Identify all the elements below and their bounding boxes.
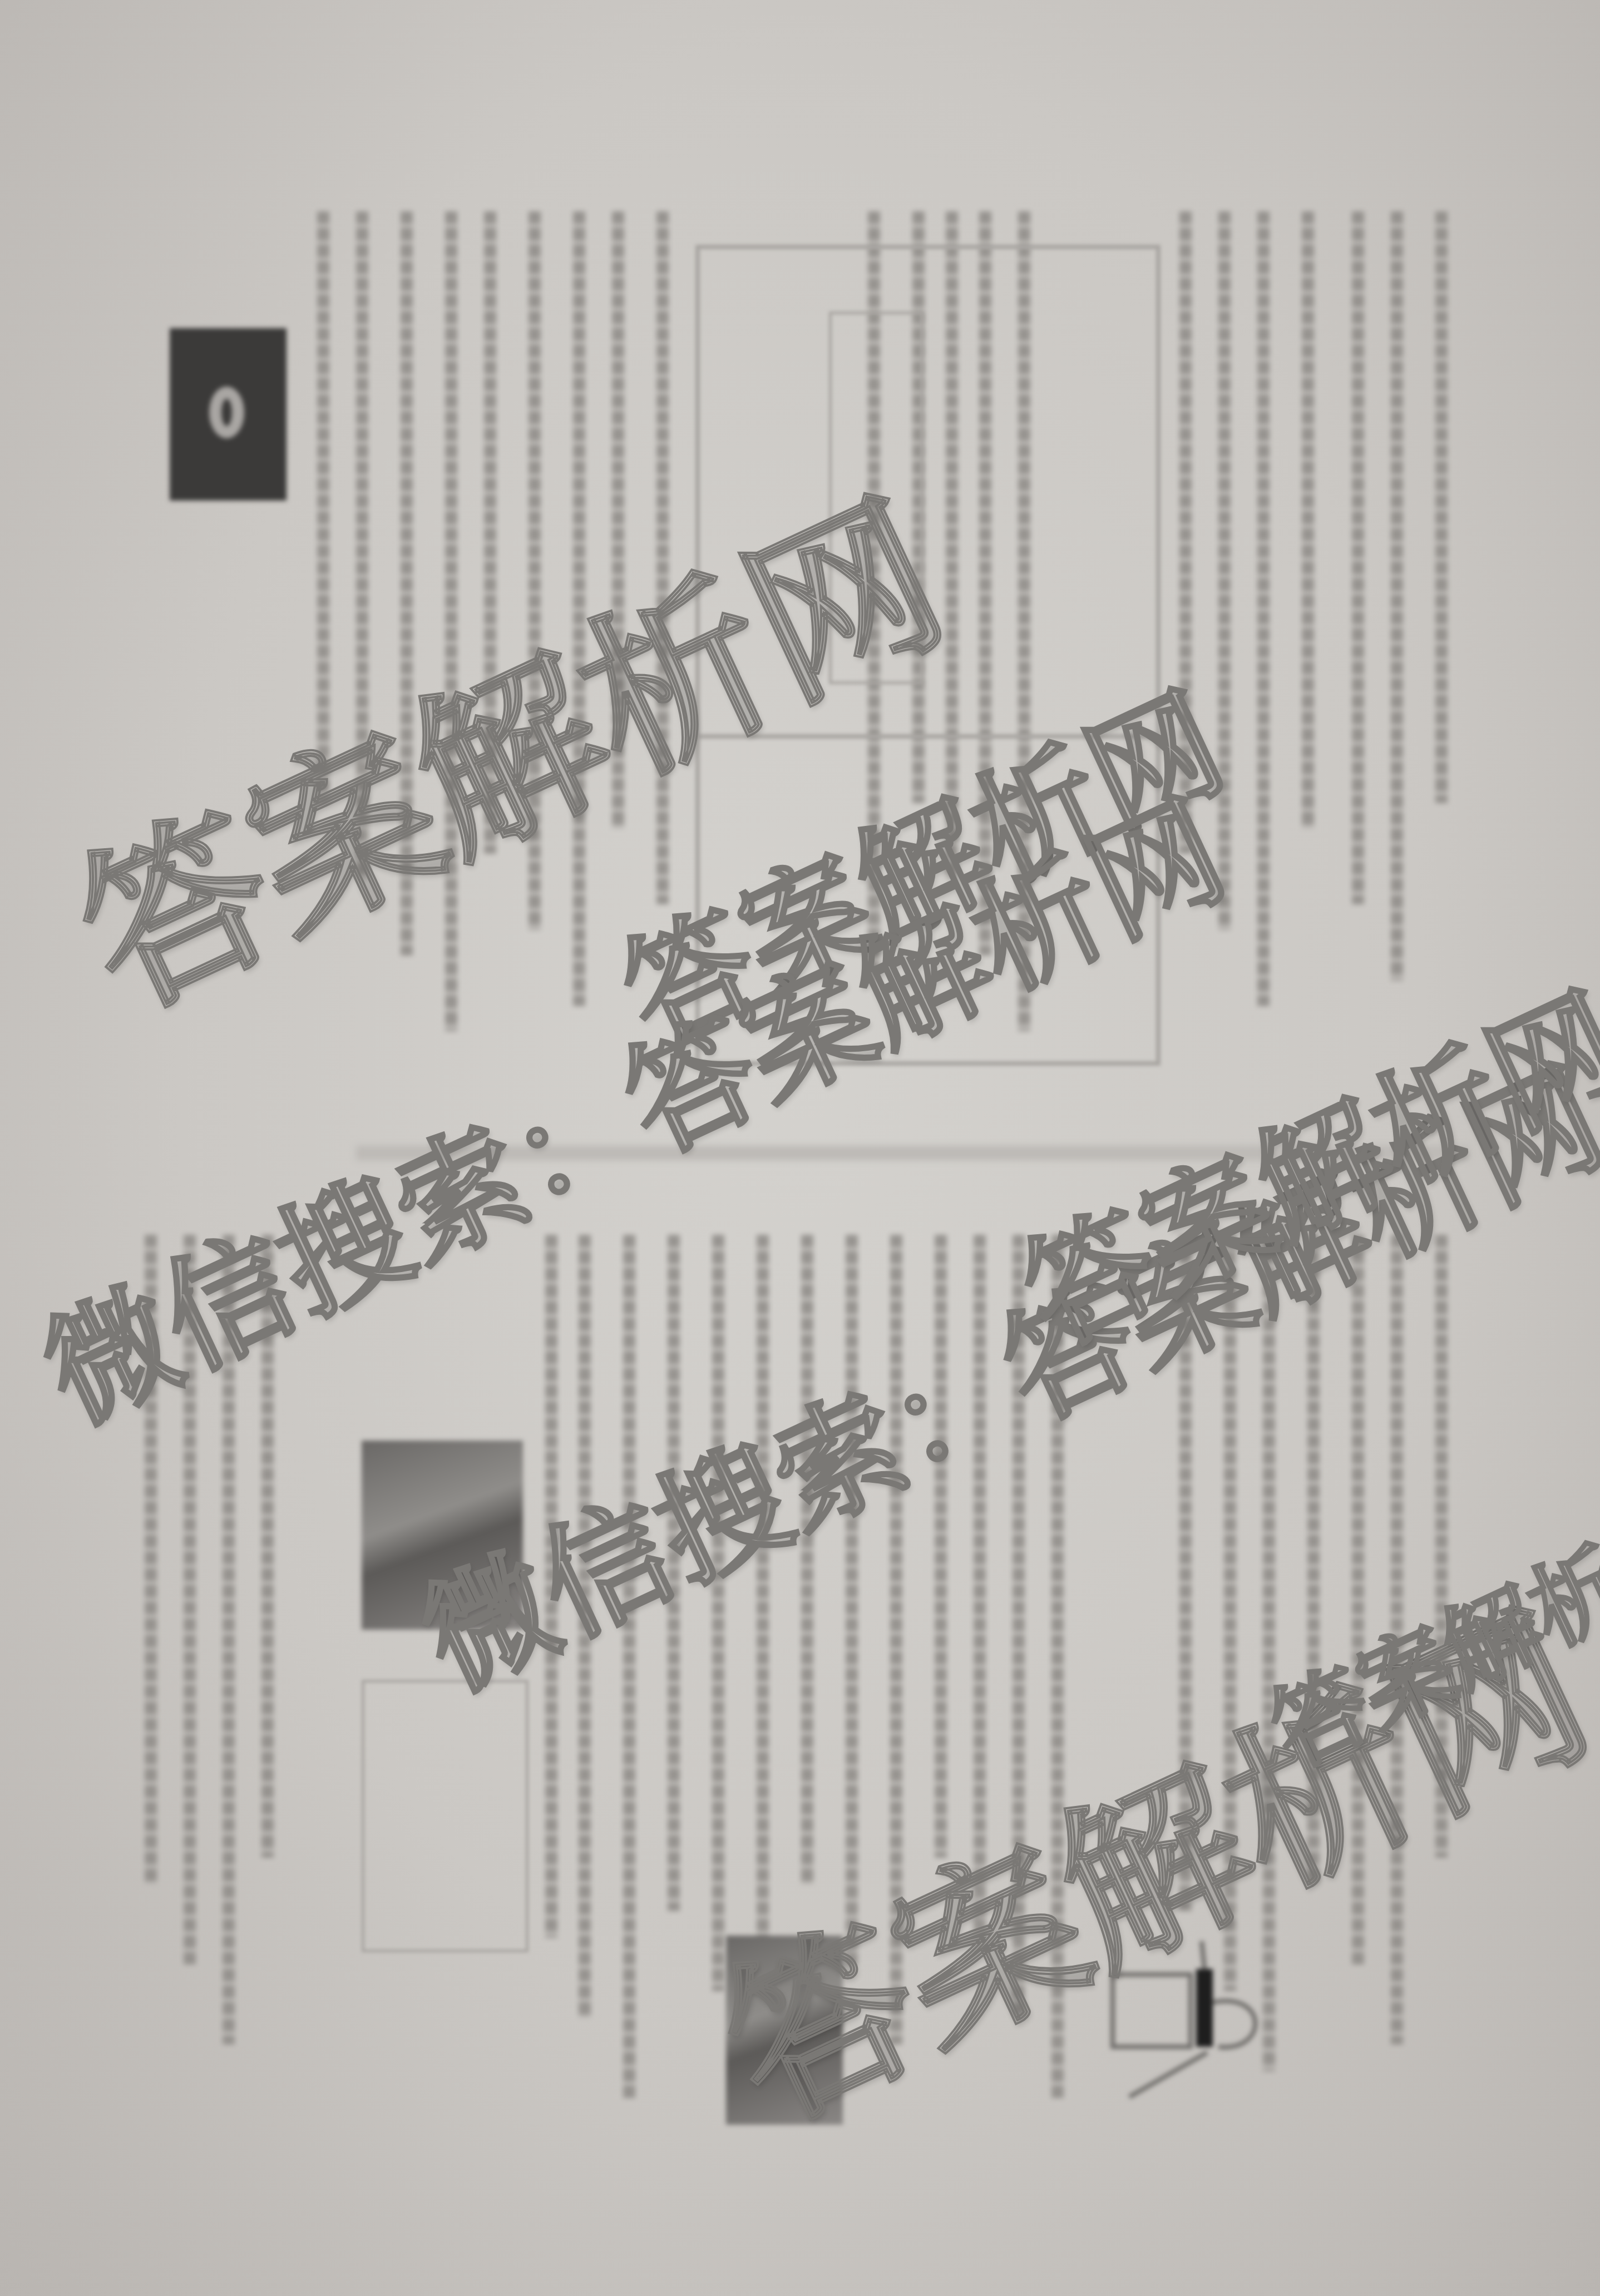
solar-eclipse-photo bbox=[170, 328, 287, 501]
text-line bbox=[1435, 211, 1448, 803]
text-line bbox=[712, 1235, 724, 1991]
answer-box bbox=[362, 1680, 529, 1952]
text-line bbox=[1218, 211, 1231, 930]
text-line bbox=[1352, 211, 1364, 904]
text-line bbox=[1302, 211, 1314, 829]
text-line bbox=[623, 1235, 635, 2098]
text-line bbox=[1257, 211, 1270, 1006]
text-line bbox=[1391, 211, 1403, 981]
